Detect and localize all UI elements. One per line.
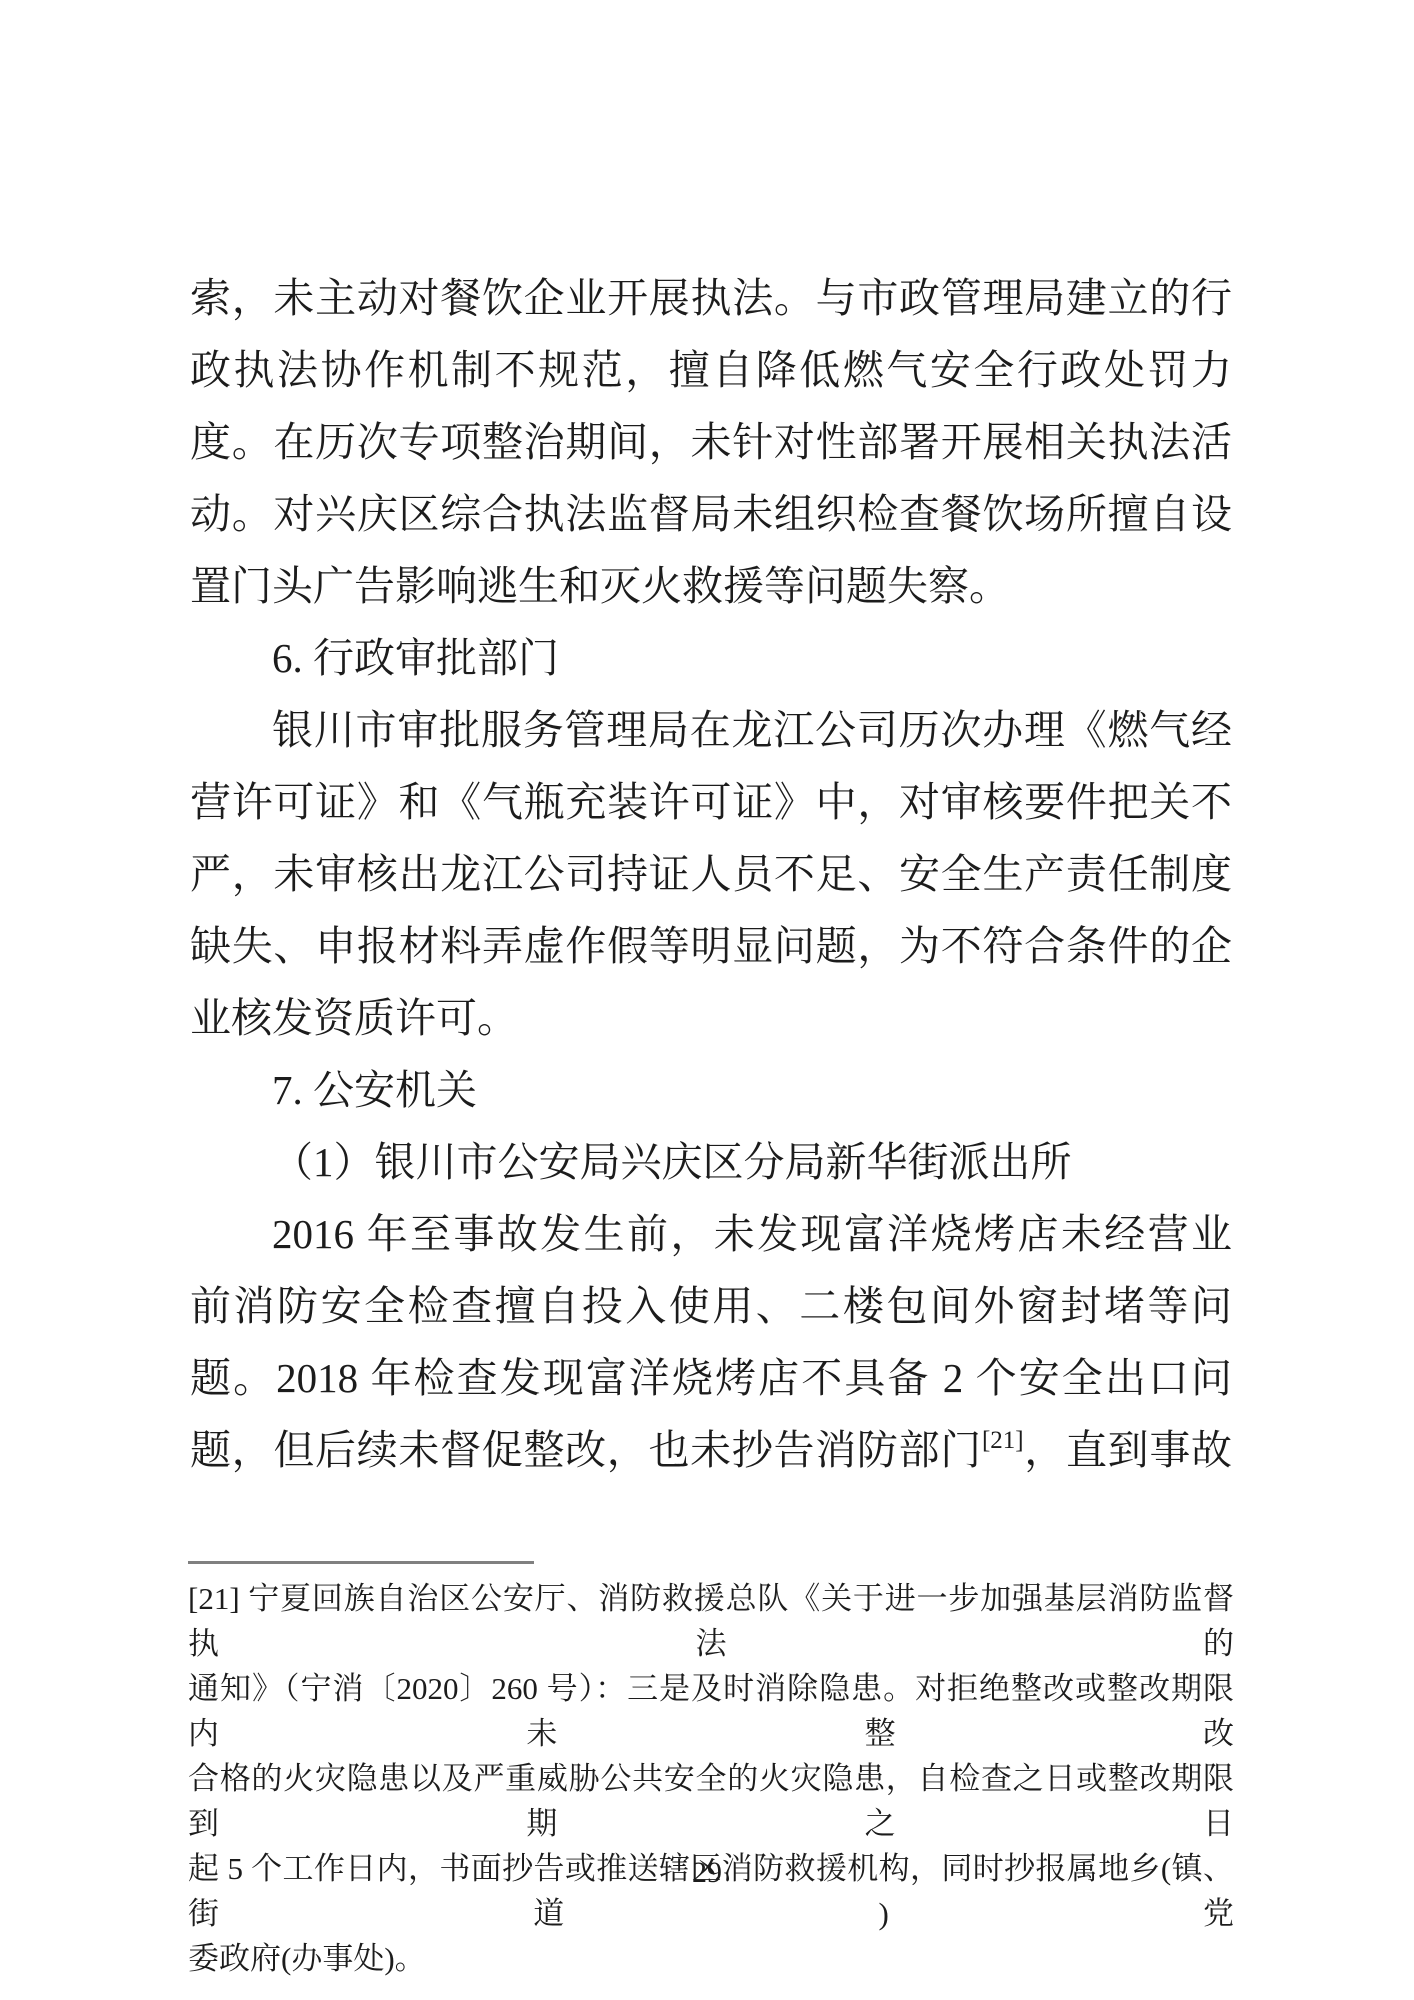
footnote-separator xyxy=(188,1561,534,1564)
body-line: 前消防安全检查擅自投入使用、二楼包间外窗封堵等问 xyxy=(190,1270,1232,1342)
footnote-reference-21: [21] xyxy=(982,1427,1024,1454)
body-text: 索，未主动对餐饮企业开展执法。与市政管理局建立的行 政执法协作机制不规范，擅自降… xyxy=(190,262,1232,1493)
body-line: 题。2018 年检查发现富洋烧烤店不具备 2 个安全出口问 xyxy=(190,1342,1232,1414)
footnote-line: 合格的火灾隐患以及严重威胁公共安全的火灾隐患，自检查之日或整改期限到期之日 xyxy=(188,1756,1234,1846)
body-line: 业核发资质许可。 xyxy=(190,982,1232,1054)
body-line: 缺失、申报材料弄虚作假等明显问题，为不符合条件的企 xyxy=(190,910,1232,982)
body-line: 置门头广告影响逃生和灭火救援等问题失察。 xyxy=(190,550,1232,622)
section-heading-6: 6. 行政审批部门 xyxy=(190,622,1232,694)
body-line: 度。在历次专项整治期间，未针对性部署开展相关执法活 xyxy=(190,406,1232,478)
footnote: [21] 宁夏回族自治区公安厅、消防救援总队《关于进一步加强基层消防监督执法的 … xyxy=(188,1576,1234,1981)
body-line: 题，但后续未督促整改，也未抄告消防部门[21]，直到事故 xyxy=(190,1414,1232,1493)
body-line-text: ，直到事故 xyxy=(1024,1427,1232,1473)
body-line: 银川市审批服务管理局在龙江公司历次办理《燃气经 xyxy=(190,694,1232,766)
body-line: 营许可证》和《气瓶充装许可证》中，对审核要件把关不 xyxy=(190,766,1232,838)
footnote-line: [21] 宁夏回族自治区公安厅、消防救援总队《关于进一步加强基层消防监督执法的 xyxy=(188,1576,1234,1666)
footnote-line: 委政府(办事处)。 xyxy=(188,1936,1234,1981)
document-page: 索，未主动对餐饮企业开展执法。与市政管理局建立的行 政执法协作机制不规范，擅自降… xyxy=(0,0,1414,2000)
body-line: 严，未审核出龙江公司持证人员不足、安全生产责任制度 xyxy=(190,838,1232,910)
subsection-heading-1: （1）银川市公安局兴庆区分局新华街派出所 xyxy=(190,1126,1232,1198)
body-line: 动。对兴庆区综合执法监督局未组织检查餐饮场所擅自设 xyxy=(190,478,1232,550)
body-line: 索，未主动对餐饮企业开展执法。与市政管理局建立的行 xyxy=(190,262,1232,334)
footnote-line: 通知》（宁消〔2020〕260 号）：三是及时消除隐患。对拒绝整改或整改期限内未… xyxy=(188,1666,1234,1756)
body-line: 政执法协作机制不规范，擅自降低燃气安全行政处罚力 xyxy=(190,334,1232,406)
page-number: 29 xyxy=(0,1856,1414,1890)
section-heading-7: 7. 公安机关 xyxy=(190,1054,1232,1126)
body-line: 2016 年至事故发生前，未发现富洋烧烤店未经营业 xyxy=(190,1198,1232,1270)
body-line-text: 题，但后续未督促整改，也未抄告消防部门 xyxy=(190,1427,982,1473)
